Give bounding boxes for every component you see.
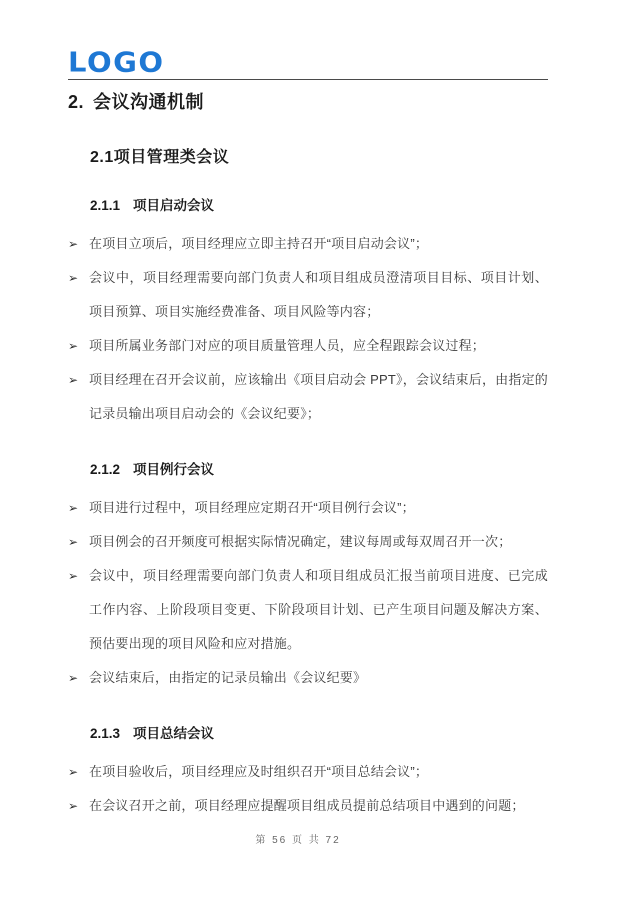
arrow-bullet-icon: ➢ xyxy=(68,525,78,559)
bullet-item: ➢ 项目所属业务部门对应的项目质量管理人员，应全程跟踪会议过程； xyxy=(68,329,548,363)
bullet-item: ➢ 会议中，项目经理需要向部门负责人和项目组成员汇报当前项目进度、已完成工作内容… xyxy=(68,559,548,661)
bullet-text: 在项目立项后，项目经理应立即主持召开“项目启动会议”； xyxy=(89,236,428,251)
section-number: 2.1.3 xyxy=(90,726,120,741)
section-regular-meeting: 2.1.2项目例行会议 ➢ 项目进行过程中，项目经理应定期召开“项目例行会议”；… xyxy=(68,458,548,695)
bullet-list: ➢ 在项目立项后，项目经理应立即主持召开“项目启动会议”； ➢ 会议中，项目经理… xyxy=(68,227,548,431)
bullet-text: 在项目验收后，项目经理应及时组织召开“项目总结会议”； xyxy=(89,764,428,779)
bullet-item: ➢ 项目进行过程中，项目经理应定期召开“项目例行会议”； xyxy=(68,491,548,525)
chapter-heading: 2.会议沟通机制 xyxy=(68,88,548,114)
bullet-text: 项目例会的召开频度可根据实际情况确定，建议每周或每双周召开一次； xyxy=(89,534,511,549)
section-heading: 2.1.3项目总结会议 xyxy=(90,722,548,742)
page-number-footer: 第 56 页 共 72 xyxy=(68,831,528,846)
arrow-bullet-icon: ➢ xyxy=(68,363,78,397)
bullet-item: ➢ 在项目立项后，项目经理应立即主持召开“项目启动会议”； xyxy=(68,227,548,261)
section-kickoff-meeting: 2.1.1项目启动会议 ➢ 在项目立项后，项目经理应立即主持召开“项目启动会议”… xyxy=(68,194,548,431)
bullet-item: ➢ 项目例会的召开频度可根据实际情况确定，建议每周或每双周召开一次； xyxy=(68,525,548,559)
bullet-item: ➢ 在项目验收后，项目经理应及时组织召开“项目总结会议”； xyxy=(68,755,548,789)
bullet-text: 项目进行过程中，项目经理应定期召开“项目例行会议”； xyxy=(89,500,415,515)
section-title: 项目启动会议 xyxy=(133,198,214,213)
bullet-text: 在会议召开之前，项目经理应提醒项目组成员提前总结项目中遇到的问题； xyxy=(89,798,525,813)
company-logo: LOGO xyxy=(68,48,548,77)
arrow-bullet-icon: ➢ xyxy=(68,491,78,525)
bullet-text: 会议中，项目经理需要向部门负责人和项目组成员澄清项目目标、项目计划、项目预算、项… xyxy=(89,270,548,319)
section-number: 2.1.1 xyxy=(90,198,120,213)
arrow-bullet-icon: ➢ xyxy=(68,227,78,261)
arrow-bullet-icon: ➢ xyxy=(68,661,78,695)
arrow-bullet-icon: ➢ xyxy=(68,755,78,789)
bullet-item: ➢ 会议结束后，由指定的记录员输出《会议纪要》 xyxy=(68,661,548,695)
header-divider xyxy=(68,79,548,80)
bullet-text: 项目经理在召开会议前，应该输出《项目启动会 PPT》，会议结束后，由指定的记录员… xyxy=(89,372,548,421)
bullet-item: ➢ 会议中，项目经理需要向部门负责人和项目组成员澄清项目目标、项目计划、项目预算… xyxy=(68,261,548,329)
section-title: 项目例行会议 xyxy=(133,462,214,477)
chapter-number: 2. xyxy=(68,92,84,112)
arrow-bullet-icon: ➢ xyxy=(68,559,78,593)
section-number: 2.1.2 xyxy=(90,462,120,477)
section-title: 项目总结会议 xyxy=(133,726,214,741)
section-heading: 2.1.2项目例行会议 xyxy=(90,458,548,478)
section-heading: 2.1.1项目启动会议 xyxy=(90,194,548,214)
bullet-text: 会议结束后，由指定的记录员输出《会议纪要》 xyxy=(89,670,366,685)
bullet-list: ➢ 在项目验收后，项目经理应及时组织召开“项目总结会议”； ➢ 在会议召开之前，… xyxy=(68,755,548,823)
arrow-bullet-icon: ➢ xyxy=(68,329,78,363)
bullet-item: ➢ 在会议召开之前，项目经理应提醒项目组成员提前总结项目中遇到的问题； xyxy=(68,789,548,823)
section-summary-meeting: 2.1.3项目总结会议 ➢ 在项目验收后，项目经理应及时组织召开“项目总结会议”… xyxy=(68,722,548,823)
subchapter-heading: 2.1项目管理类会议 xyxy=(90,144,548,167)
chapter-title: 会议沟通机制 xyxy=(93,92,204,112)
page-header: LOGO xyxy=(68,46,548,80)
bullet-list: ➢ 项目进行过程中，项目经理应定期召开“项目例行会议”； ➢ 项目例会的召开频度… xyxy=(68,491,548,695)
document-page: LOGO 2.会议沟通机制 2.1项目管理类会议 2.1.1项目启动会议 ➢ 在… xyxy=(0,0,640,906)
arrow-bullet-icon: ➢ xyxy=(68,789,78,823)
bullet-item: ➢ 项目经理在召开会议前，应该输出《项目启动会 PPT》，会议结束后，由指定的记… xyxy=(68,363,548,431)
bullet-text: 会议中，项目经理需要向部门负责人和项目组成员汇报当前项目进度、已完成工作内容、上… xyxy=(89,568,548,651)
bullet-text: 项目所属业务部门对应的项目质量管理人员，应全程跟踪会议过程； xyxy=(89,338,485,353)
arrow-bullet-icon: ➢ xyxy=(68,261,78,295)
